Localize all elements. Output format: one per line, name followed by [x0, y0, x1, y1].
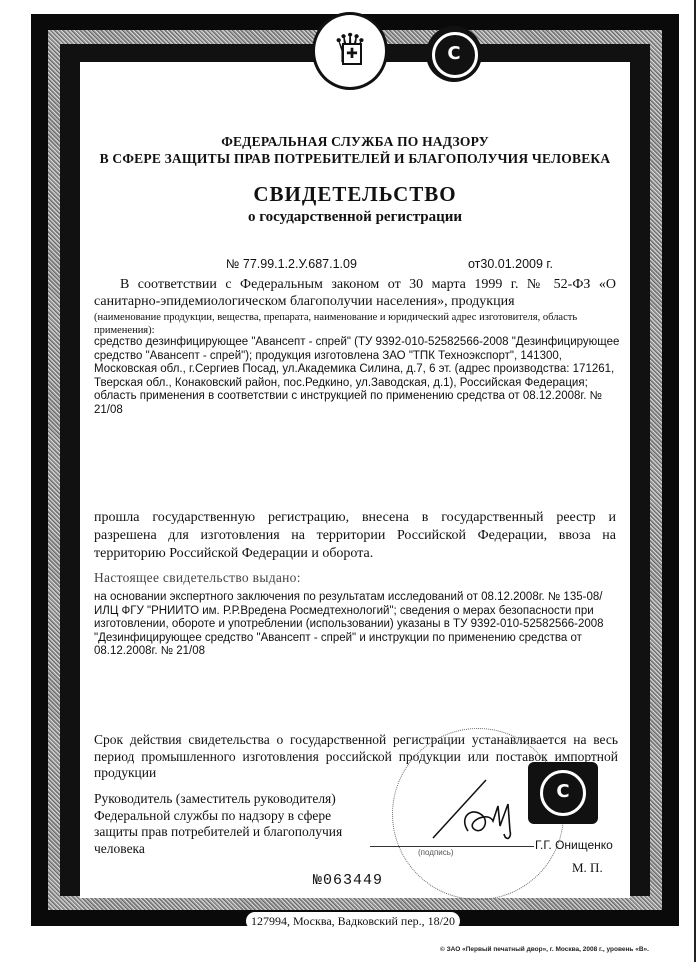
coat-of-arms-emblem-icon: ♛ ✚: [312, 12, 388, 90]
law-reference-paragraph: В соответствии с Федеральным законом от …: [94, 276, 616, 310]
product-description: средство дезинфицирующее "Авансепт - спр…: [94, 336, 620, 417]
registration-number: № 77.99.1.2.У.687.1.09: [226, 257, 357, 271]
registration-date: от30.01.2009 г.: [468, 257, 553, 271]
printer-imprint: © ЗАО «Первый печатный двор», г. Москва,…: [440, 946, 649, 953]
stamp-place-label: М. П.: [572, 860, 603, 876]
certification-mark-icon: С: [426, 26, 482, 82]
scan-edge: [694, 0, 696, 962]
document-title: СВИДЕТЕЛЬСТВО: [80, 182, 630, 207]
certification-mark-icon: С: [528, 762, 598, 824]
agency-name-line1: ФЕДЕРАЛЬНАЯ СЛУЖБА ПО НАДЗОРУ: [80, 134, 630, 150]
signer-name: Г.Г. Онищенко: [535, 838, 613, 852]
signature-line: [370, 846, 534, 847]
issued-basis-text: на основании экспертного заключения по р…: [94, 591, 618, 659]
registration-statement: прошла государственную регистрацию, внес…: [94, 509, 616, 563]
signature-caption: (подпись): [418, 848, 454, 857]
medical-cross-icon: ✚: [342, 43, 362, 65]
agency-address: 127994, Москва, Вадковский пер., 18/20: [246, 912, 460, 930]
agency-name-line2: В СФЕРЕ ЗАЩИТЫ ПРАВ ПОТРЕБИТЕЛЕЙ И БЛАГО…: [80, 151, 630, 167]
signer-title: Руководитель (заместитель руководителя) …: [94, 791, 354, 857]
serial-number: №063449: [313, 872, 383, 889]
issued-label: Настоящее свидетельство выдано:: [94, 570, 301, 586]
handwritten-signature: [428, 776, 538, 846]
field-description-note: (наименование продукции, вещества, препа…: [94, 311, 616, 337]
document-subtitle: о государственной регистрации: [80, 209, 630, 226]
